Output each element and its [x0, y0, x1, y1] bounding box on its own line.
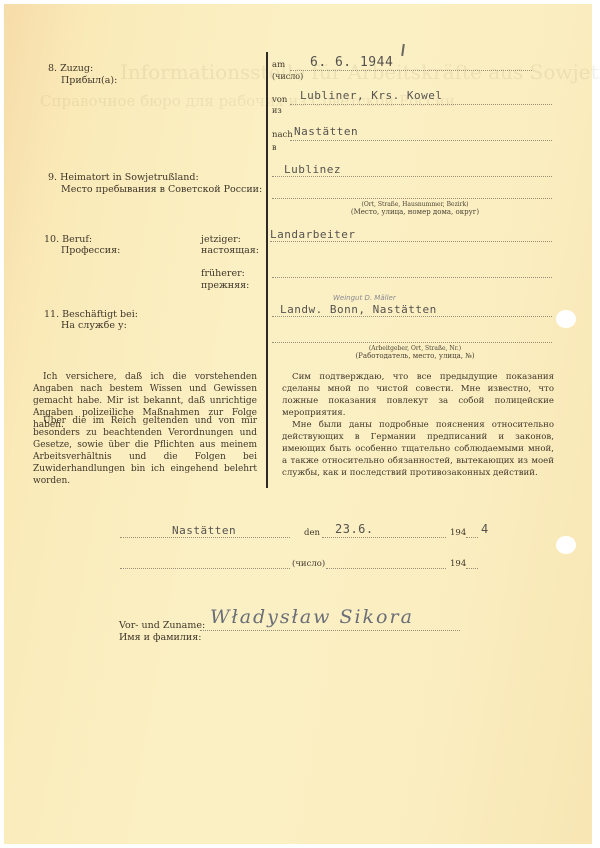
current-label-ru: настоящая:: [201, 245, 259, 257]
den-label: den: [304, 527, 320, 539]
date-prefix-ru: (число): [272, 71, 303, 83]
year-prefix: 194: [450, 527, 466, 539]
current-profession-value[interactable]: Landarbeiter: [270, 228, 355, 241]
former-profession-line: [272, 277, 552, 278]
hometown-line-1: [272, 176, 552, 177]
to-line: [290, 140, 552, 141]
hometown-line-2: [272, 198, 552, 199]
signing-date-value[interactable]: 23.6.: [335, 522, 374, 536]
employer-pencil-note: Weingut D. Mäller: [333, 294, 396, 302]
field10-label-ru: Профессия:: [61, 245, 120, 257]
field11-label-ru: На службе у:: [61, 320, 127, 332]
arrival-from-value[interactable]: Lubliner, Krs. Kowel: [300, 89, 442, 102]
field8-label-ru: Прибыл(а):: [61, 75, 117, 87]
signature-value[interactable]: Władysław Sikora: [210, 606, 414, 628]
ru-year-line: [466, 568, 478, 569]
declaration-de-paragraph-2: Über die im Reich geltenden und von mir …: [33, 415, 257, 487]
former-label-de: früherer:: [201, 268, 245, 280]
ru-date-line: [326, 568, 446, 569]
employer-line-2: [272, 342, 552, 343]
date-line: [290, 70, 532, 71]
from-line: [290, 104, 552, 105]
hometown-caption-ru: (Место, улица, номер дома, округ): [300, 208, 530, 217]
former-label-ru: прежняя:: [201, 280, 249, 292]
date-prefix-de: am: [272, 59, 285, 71]
current-profession-line: [270, 241, 552, 242]
employer-line-1: [272, 316, 552, 317]
year-line: [466, 537, 478, 538]
place-line: [120, 537, 290, 538]
punch-hole-lower: [556, 536, 576, 554]
to-prefix-ru: в: [272, 142, 277, 154]
ru-year-prefix: 194: [450, 558, 466, 570]
signature-label-ru: Имя и фамилия:: [119, 632, 201, 644]
employer-value[interactable]: Landw. Bonn, Nastätten: [280, 303, 437, 316]
date-line-signing: [322, 537, 446, 538]
signing-place-value[interactable]: Nastätten: [172, 524, 236, 537]
employer-caption-ru: (Работодатель, место, улица, №): [300, 352, 530, 361]
signature-line: [200, 630, 460, 631]
arrival-to-value[interactable]: Nastätten: [294, 125, 358, 138]
hometown-value[interactable]: Lublinez: [284, 163, 341, 176]
year-digit-value[interactable]: 4: [481, 522, 489, 536]
field9-label-ru: Место пребывания в Советской России:: [61, 184, 262, 196]
ru-date-label: (число): [292, 558, 325, 570]
signature-label-de: Vor- und Zuname:: [119, 620, 205, 632]
field8-label-de: 8. Zuzug:: [48, 63, 93, 75]
declaration-ru-paragraph-1: Сим подтверждаю, что все предыдущие пока…: [282, 371, 554, 419]
ru-place-line: [120, 568, 290, 569]
column-divider: [266, 52, 268, 488]
arrival-date-value[interactable]: 6. 6. 1944: [310, 55, 393, 70]
field9-label-de: 9. Heimatort in Sowjetrußland:: [48, 172, 199, 184]
punch-hole-upper: [556, 310, 576, 328]
declaration-ru-paragraph-2: Мне были даны подробные пояснения относи…: [282, 419, 554, 479]
from-prefix-ru: из: [272, 105, 282, 117]
